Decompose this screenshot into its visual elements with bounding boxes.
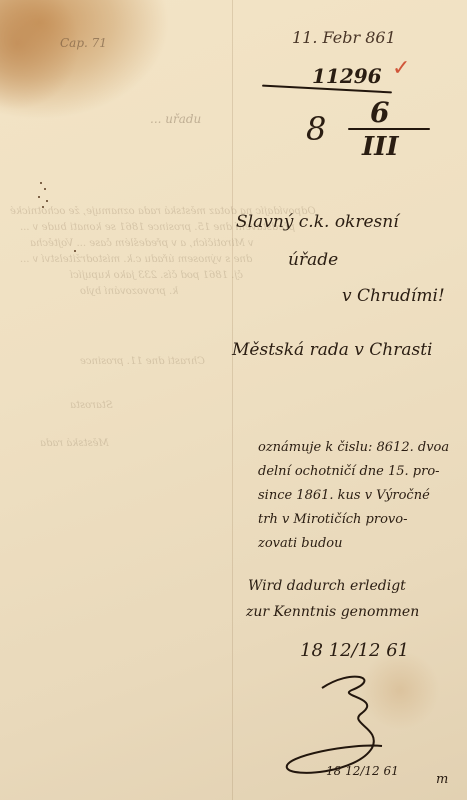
address-line-3: v Chrudími! bbox=[342, 286, 445, 306]
fraction-bar bbox=[348, 128, 430, 130]
signature-initial: Z bbox=[330, 670, 331, 671]
corner-note: Cap. 71 bbox=[60, 36, 107, 50]
registry-number: 11296 bbox=[312, 64, 382, 88]
faint-header: ... uřadu bbox=[150, 112, 201, 126]
body-line: since 1861. kus v Výročné bbox=[258, 488, 430, 503]
signature-date: 18 12/12 61 bbox=[326, 764, 399, 778]
bleed-through-line: Městská rada bbox=[40, 438, 109, 449]
receipt-date: 11. Febr 861 bbox=[292, 28, 396, 47]
body-line: zovati budou bbox=[258, 536, 343, 551]
bleed-through-line: čj. 1861 pod čís. 233 jako kupující bbox=[70, 270, 243, 281]
bleed-through-line: k. provozování bylo bbox=[80, 286, 178, 297]
paper-fold-line bbox=[232, 0, 233, 800]
body-line: delní ochotničí dne 15. pro- bbox=[258, 464, 440, 479]
signature-mark: m bbox=[436, 772, 448, 787]
address-line-1: Slavný c.k. okresní bbox=[236, 212, 399, 232]
signature-flourish bbox=[262, 668, 462, 798]
annotation-line-1: Wird dadurch erledigt bbox=[248, 578, 406, 594]
bleed-through-line: dne s výnosem úřadu c.k. místodržitelstv… bbox=[20, 254, 252, 265]
fraction-left: 8 bbox=[306, 110, 326, 148]
body-line: trh v Mirotičích provo- bbox=[258, 512, 407, 527]
bleed-through-line: Starosta bbox=[70, 400, 113, 411]
bleed-through-line: Chrasti dne 11. prosince bbox=[80, 356, 205, 367]
annotation-line-2: zur Kenntnis genommen bbox=[246, 604, 419, 620]
fraction-numerator: 6 bbox=[370, 96, 389, 129]
paper-stain-top-left-dark bbox=[0, 0, 80, 110]
bleed-through-line: v Mirotičích, a v předešlém čase ... Voj… bbox=[30, 238, 254, 249]
fraction-denominator: III bbox=[362, 132, 399, 162]
address-line-2: úřade bbox=[288, 250, 338, 270]
body-line: oznámuje k čislu: 8612. dvoa bbox=[258, 440, 449, 455]
check-mark-icon: ✓ bbox=[392, 56, 410, 81]
sender-line: Městská rada v Chrasti bbox=[232, 340, 433, 360]
annotation-date: 18 12/12 61 bbox=[300, 640, 409, 661]
